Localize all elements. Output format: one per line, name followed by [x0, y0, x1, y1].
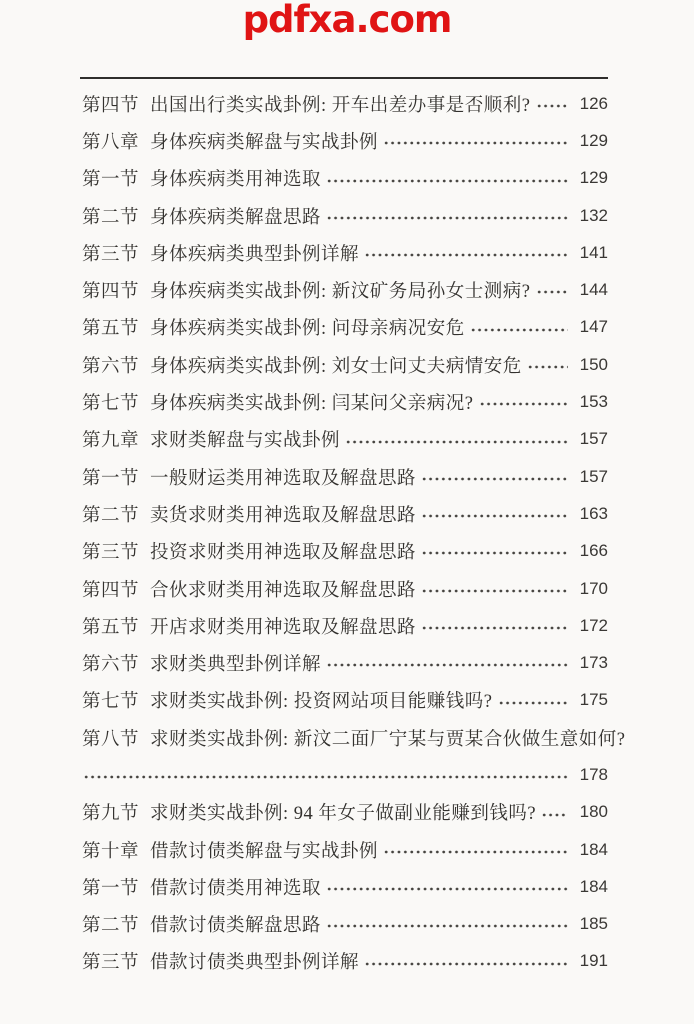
toc-entry-page: 185	[576, 914, 608, 934]
toc-entry-title: 求财类实战卦例: 投资网站项目能赚钱吗?	[150, 687, 492, 713]
dot-leader	[383, 831, 568, 868]
toc-entry-page: 166	[576, 541, 608, 561]
toc-entry: 第三节投资求财类用神选取及解盘思路166	[82, 533, 608, 570]
toc-entry-title: 出国出行类实战卦例: 开车出差办事是否顺利?	[150, 91, 530, 117]
toc-entry-page: 141	[576, 243, 608, 263]
toc-entry-page: 129	[576, 168, 608, 188]
toc-entry-label: 第七节	[82, 389, 139, 415]
toc-entry: 第三节借款讨债类典型卦例详解191	[82, 943, 608, 980]
dot-leader	[326, 197, 568, 234]
toc-entry: 第五节身体疾病类实战卦例: 问母亲病况安危147	[82, 309, 608, 346]
toc-entry-page: 191	[576, 951, 608, 971]
toc-entry-title: 借款讨债类用神选取	[150, 874, 321, 900]
dot-leader	[364, 943, 568, 980]
toc-entry-label: 第一节	[82, 874, 139, 900]
toc-entry: 第二节借款讨债类解盘思路185	[82, 906, 608, 943]
toc-entry-page: 129	[576, 131, 608, 151]
toc-entry-page: 132	[576, 206, 608, 226]
toc-entry-page: 150	[576, 355, 608, 375]
toc-entry-page: 157	[576, 429, 608, 449]
toc-entry-title: 一般财运类用神选取及解盘思路	[150, 464, 416, 490]
toc-entry-page: 147	[576, 317, 608, 337]
dot-leader	[345, 421, 568, 458]
toc-entry-page: 126	[576, 94, 608, 114]
toc-entry-title: 身体疾病类用神选取	[150, 165, 321, 191]
toc-entry: 第六节求财类典型卦例详解173	[82, 644, 608, 681]
dot-leader	[470, 309, 568, 346]
dot-leader	[326, 160, 568, 197]
toc-entry-label: 第七节	[82, 687, 139, 713]
toc-entry-title: 合伙求财类用神选取及解盘思路	[150, 576, 416, 602]
dot-leader	[326, 868, 568, 905]
toc-entry: 第七节求财类实战卦例: 投资网站项目能赚钱吗?175	[82, 682, 608, 719]
dot-leader	[479, 383, 569, 420]
toc-entry-page: 163	[576, 504, 608, 524]
toc-entry-page: 144	[576, 280, 608, 300]
toc-entry-label: 第一节	[82, 464, 139, 490]
toc-entry: 第一节借款讨债类用神选取184	[82, 868, 608, 905]
toc-entry-page: 172	[576, 616, 608, 636]
watermark-site-text: pdfxa.com	[0, 0, 694, 41]
toc-entry-label: 第四节	[82, 277, 139, 303]
dot-leader	[536, 271, 569, 308]
dot-leader	[326, 644, 568, 681]
toc-entry-label: 第三节	[82, 538, 139, 564]
toc-entry-label: 第六节	[82, 650, 139, 676]
toc-entry-title: 身体疾病类实战卦例: 刘女士问丈夫病情安危	[150, 352, 522, 378]
toc-entry-label: 第二节	[82, 911, 139, 937]
toc-entry-label: 第二节	[82, 501, 139, 527]
toc-entry-page: 180	[576, 802, 608, 822]
toc-entry: 第一节身体疾病类用神选取129	[82, 160, 608, 197]
toc-entry-title: 求财类典型卦例详解	[150, 650, 321, 676]
toc-entry-title: 求财类解盘与实战卦例	[150, 426, 340, 452]
toc-entry-title: 身体疾病类实战卦例: 问母亲病况安危	[150, 314, 465, 340]
toc-entry-label: 第六节	[82, 352, 139, 378]
toc-entry: 第八章身体疾病类解盘与实战卦例129	[82, 122, 608, 159]
toc-entry-title: 借款讨债类解盘思路	[150, 911, 321, 937]
toc-entry-label: 第十章	[82, 837, 139, 863]
toc-entry-title: 身体疾病类实战卦例: 闫某问父亲病况?	[150, 389, 473, 415]
toc-entry-title: 身体疾病类典型卦例详解	[150, 240, 359, 266]
toc-entry: 第九章求财类解盘与实战卦例157	[82, 421, 608, 458]
dot-leader	[364, 234, 568, 271]
toc-entry-page: 184	[576, 840, 608, 860]
toc-entry-page: 184	[576, 877, 608, 897]
toc-entry: 第九节求财类实战卦例: 94 年女子做副业能赚到钱吗?180	[82, 794, 608, 831]
header-rule	[80, 77, 608, 79]
dot-leader	[421, 495, 568, 532]
toc-entry-label: 第八节	[82, 725, 139, 751]
toc-entry-label: 第二节	[82, 203, 139, 229]
dot-leader	[421, 607, 568, 644]
dot-leader	[498, 682, 569, 719]
toc-entry-title: 求财类实战卦例: 94 年女子做副业能赚到钱吗?	[150, 799, 536, 825]
toc-list: 第四节出国出行类实战卦例: 开车出差办事是否顺利?126第八章身体疾病类解盘与实…	[82, 85, 608, 980]
dot-leader	[541, 794, 568, 831]
toc-entry-page: 175	[576, 690, 608, 710]
toc-entry-title: 开店求财类用神选取及解盘思路	[150, 613, 416, 639]
dot-leader	[421, 570, 568, 607]
toc-entry-label: 第八章	[82, 128, 139, 154]
dot-leader	[421, 458, 568, 495]
toc-entry: 第七节身体疾病类实战卦例: 闫某问父亲病况?153	[82, 383, 608, 420]
dot-leader	[421, 533, 568, 570]
toc-entry: 178	[82, 756, 608, 793]
toc-entry-title: 投资求财类用神选取及解盘思路	[150, 538, 416, 564]
toc-entry-label: 第五节	[82, 314, 139, 340]
toc-entry-label: 第一节	[82, 165, 139, 191]
toc-entry-page: 178	[576, 765, 608, 785]
dot-leader	[383, 122, 568, 159]
toc-entry: 第一节一般财运类用神选取及解盘思路157	[82, 458, 608, 495]
toc-entry-title: 求财类实战卦例: 新汶二面厂宁某与贾某合伙做生意如何?	[150, 725, 625, 751]
toc-entry-label: 第三节	[82, 240, 139, 266]
dot-leader	[536, 85, 569, 122]
toc-entry-title: 身体疾病类解盘与实战卦例	[150, 128, 378, 154]
toc-entry: 第八节求财类实战卦例: 新汶二面厂宁某与贾某合伙做生意如何?	[82, 719, 608, 756]
toc-entry: 第二节身体疾病类解盘思路132	[82, 197, 608, 234]
toc-entry-title: 借款讨债类典型卦例详解	[150, 948, 359, 974]
toc-entry-title: 卖货求财类用神选取及解盘思路	[150, 501, 416, 527]
toc-entry-title: 身体疾病类解盘思路	[150, 203, 321, 229]
toc-entry: 第四节身体疾病类实战卦例: 新汶矿务局孙女士测病?144	[82, 271, 608, 308]
toc-entry: 第十章借款讨债类解盘与实战卦例184	[82, 831, 608, 868]
toc-entry-page: 173	[576, 653, 608, 673]
toc-entry: 第六节身体疾病类实战卦例: 刘女士问丈夫病情安危150	[82, 346, 608, 383]
toc-entry-label: 第三节	[82, 948, 139, 974]
toc-entry: 第四节合伙求财类用神选取及解盘思路170	[82, 570, 608, 607]
toc-entry-page: 170	[576, 579, 608, 599]
dot-leader	[527, 346, 568, 383]
toc-entry: 第三节身体疾病类典型卦例详解141	[82, 234, 608, 271]
toc-entry: 第五节开店求财类用神选取及解盘思路172	[82, 607, 608, 644]
toc-entry-label: 第九章	[82, 426, 139, 452]
dot-leader	[326, 906, 568, 943]
toc-entry-title: 借款讨债类解盘与实战卦例	[150, 837, 378, 863]
toc-entry-label: 第四节	[82, 576, 139, 602]
toc-entry-label: 第五节	[82, 613, 139, 639]
toc-entry-label: 第四节	[82, 91, 139, 117]
toc-entry-title: 身体疾病类实战卦例: 新汶矿务局孙女士测病?	[150, 277, 530, 303]
toc-entry: 第四节出国出行类实战卦例: 开车出差办事是否顺利?126	[82, 85, 608, 122]
toc-entry-page: 153	[576, 392, 608, 412]
toc-entry-page: 157	[576, 467, 608, 487]
toc-entry-label: 第九节	[82, 799, 139, 825]
dot-leader	[83, 756, 568, 793]
toc-entry: 第二节卖货求财类用神选取及解盘思路163	[82, 495, 608, 532]
